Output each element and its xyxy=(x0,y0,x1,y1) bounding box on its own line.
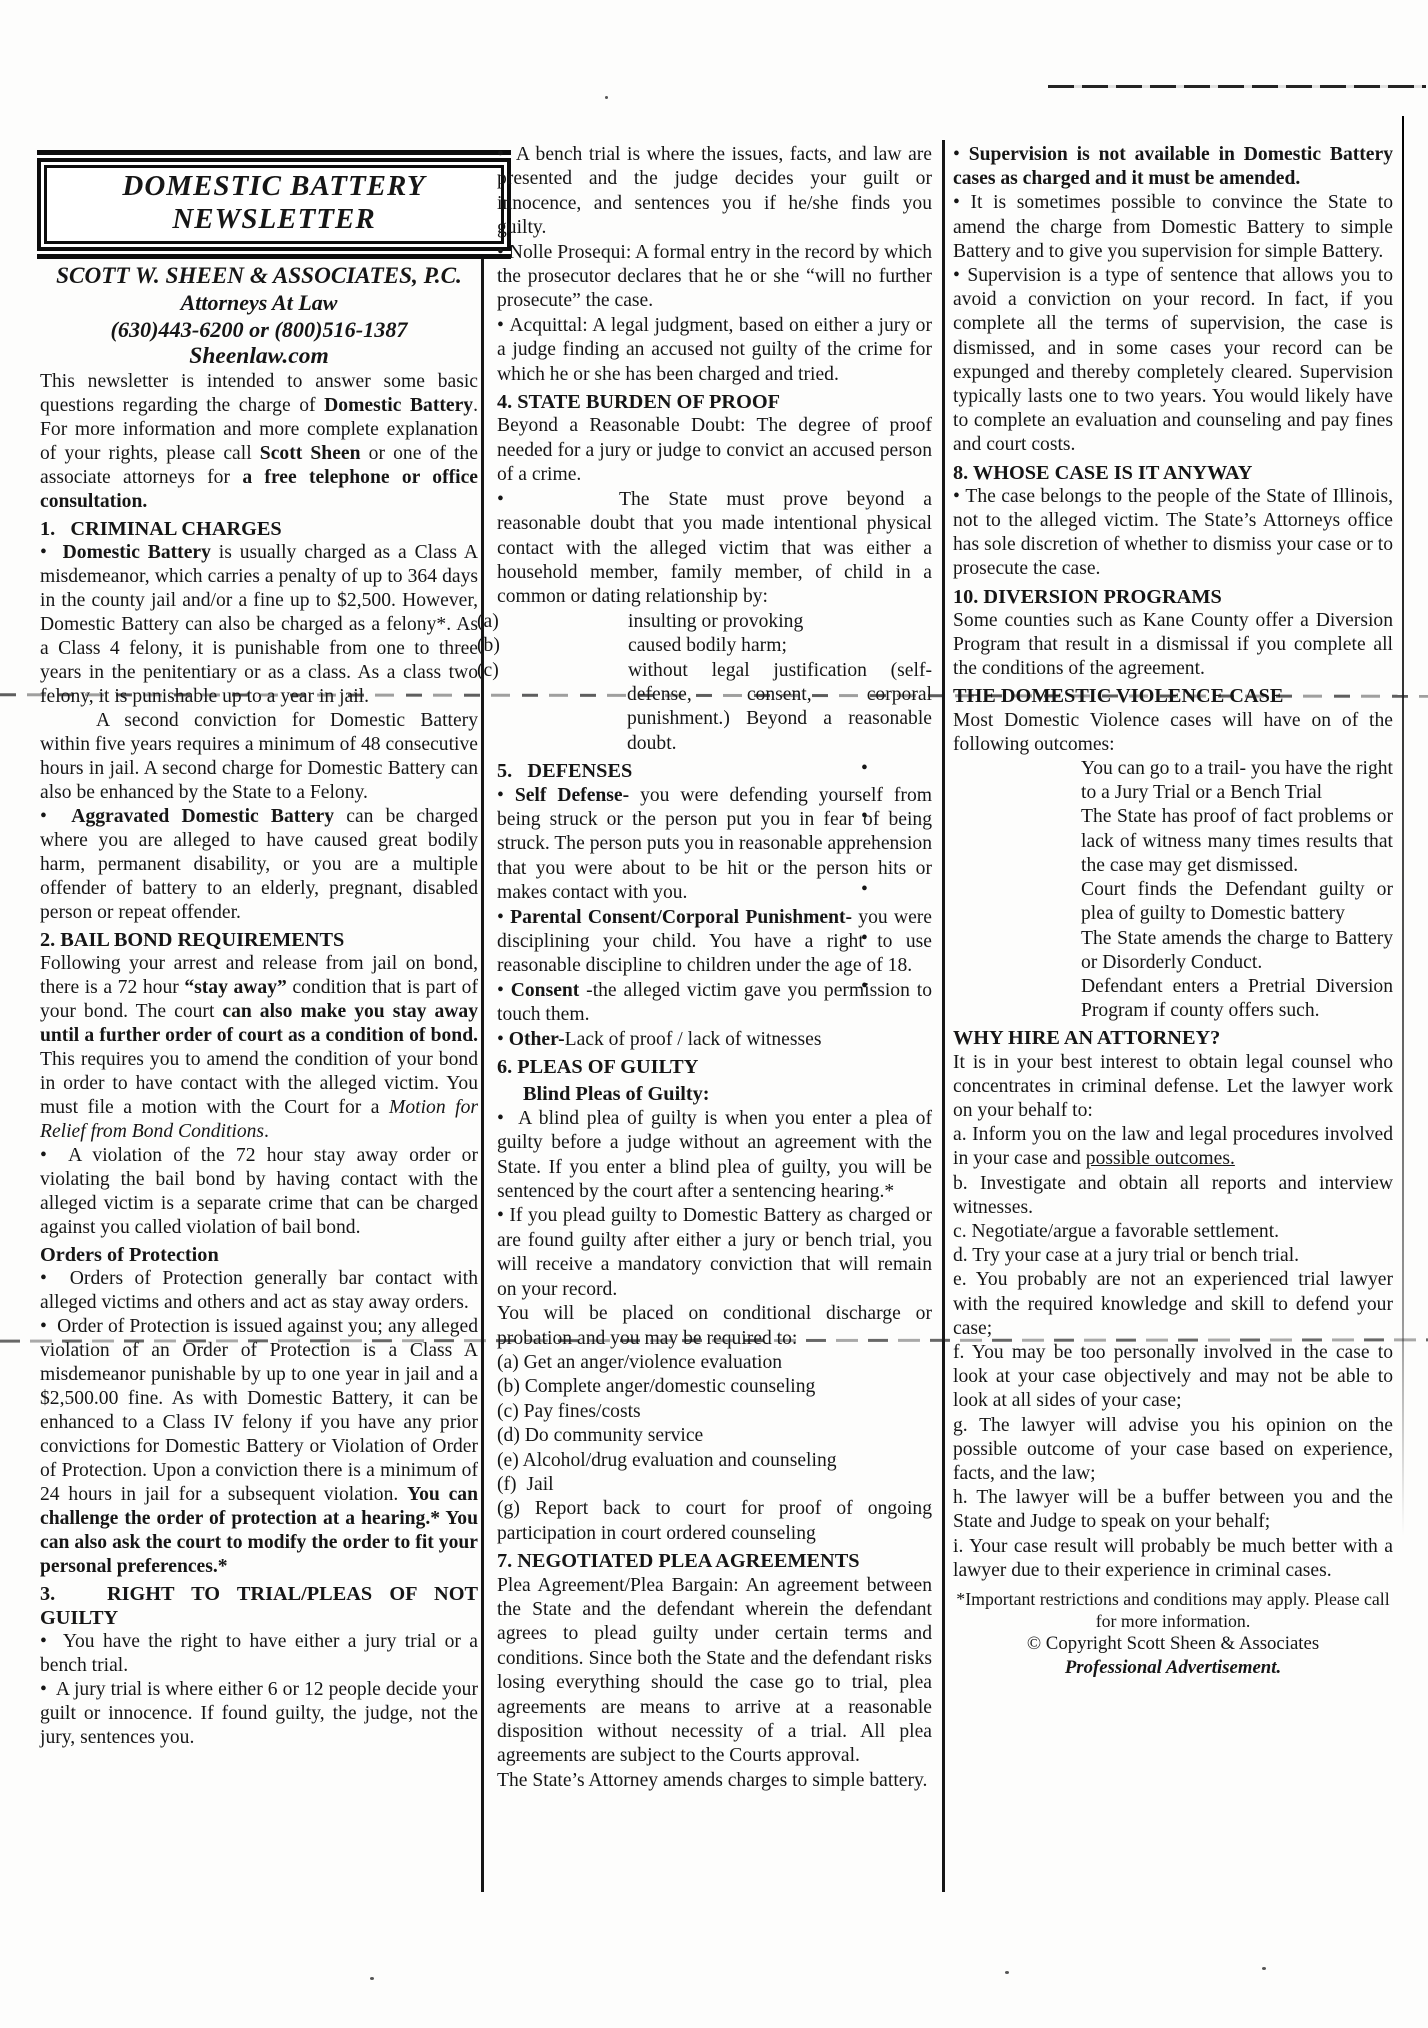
paragraph: • Domestic Battery is usually charged as… xyxy=(40,541,478,709)
text-run-emphasis: Self Defense- xyxy=(515,785,629,806)
paragraph: (g) Report back to court for proof of on… xyxy=(497,1497,932,1546)
text-run-emphasis: Consent xyxy=(511,980,580,1001)
paragraph: a. Inform you on the law and legal proce… xyxy=(953,1123,1393,1171)
text-run: (b) Complete anger/domestic counseling xyxy=(497,1376,815,1397)
firm-name: SCOTT W. SHEEN & ASSOCIATES, P.C. xyxy=(40,263,478,290)
paragraph: It is in your best interest to obtain le… xyxy=(953,1051,1393,1124)
text-run: • xyxy=(40,542,63,563)
paragraph: b. Investigate and obtain all reports an… xyxy=(953,1172,1393,1220)
text-run: Orders of Protection xyxy=(40,1244,219,1266)
paragraph: (b)caused bodily harm; xyxy=(497,634,932,658)
text-run: (g) Report back to court for proof of on… xyxy=(497,1498,932,1543)
column-left: DOMESTIC BATTERY NEWSLETTER SCOTT W. SHE… xyxy=(40,150,478,1750)
text-run: 2. BAIL BOND REQUIREMENTS xyxy=(40,929,344,951)
text-run-emphasis: “stay away” xyxy=(184,977,286,998)
text-run: • xyxy=(497,785,515,806)
text-run: It is in your best interest to obtain le… xyxy=(953,1052,1393,1121)
text-run: 5. DEFENSES xyxy=(497,760,632,782)
text-run-emphasis: • xyxy=(971,757,1081,781)
paragraph: A second conviction for Domestic Battery… xyxy=(40,709,478,805)
text-run-emphasis: • xyxy=(971,975,1081,999)
scanned-newsletter-page: { "page": {"background": "#fdfdfc", "ink… xyxy=(0,0,1428,2028)
paragraph: (d) Do community service xyxy=(497,1424,932,1448)
paragraph: • Aggravated Domestic Battery can be cha… xyxy=(40,805,478,925)
text-run: 1. CRIMINAL CHARGES xyxy=(40,518,282,540)
text-run-emphasis: (a) xyxy=(552,610,628,634)
text-run: Blind Pleas of Guilty: xyxy=(523,1083,710,1105)
paragraph: (c)without legal justification (self-def… xyxy=(497,659,932,757)
text-run-emphasis: • xyxy=(971,805,1081,829)
text-run-emphasis: • xyxy=(971,878,1081,902)
column-right: • Supervision is not available in Domest… xyxy=(953,143,1393,1680)
newsletter-title-line2: NEWSLETTER xyxy=(53,203,495,236)
text-run-emphasis: (b) xyxy=(552,634,628,658)
paragraph: g. The lawyer will advise you his opinio… xyxy=(953,1414,1393,1487)
text-run: *Important restrictions and conditions m… xyxy=(956,1589,1389,1631)
paragraph: The State’s Attorney amends charges to s… xyxy=(497,1769,932,1793)
paragraph: (c) Pay fines/costs xyxy=(497,1400,932,1424)
paragraph: c. Negotiate/argue a favorable settlemen… xyxy=(953,1220,1393,1244)
paragraph: • The case belongs to the people of the … xyxy=(953,485,1393,582)
text-run: Plea Agreement/Plea Bargain: An agreemen… xyxy=(497,1575,932,1767)
text-run: e. You probably are not an experienced t… xyxy=(953,1269,1393,1338)
text-run-emphasis: Domestic Battery xyxy=(63,542,211,563)
text-run: • xyxy=(497,1029,509,1050)
paragraph: • A violation of the 72 hour stay away o… xyxy=(40,1144,478,1240)
masthead: DOMESTIC BATTERY NEWSLETTER xyxy=(37,150,511,259)
text-run-emphasis: Supervision is not available in Domestic… xyxy=(953,144,1393,189)
text-run: Professional Advertisement. xyxy=(1065,1657,1281,1678)
paragraph: h. The lawyer will be a buffer between y… xyxy=(953,1486,1393,1534)
paragraph: • If you plead guilty to Domestic Batter… xyxy=(497,1204,932,1302)
scan-speck xyxy=(370,1977,374,1980)
paragraph: e. You probably are not an experienced t… xyxy=(953,1268,1393,1341)
intro-paragraph: This newsletter is intended to answer so… xyxy=(40,370,478,514)
text-run-emphasis: possible outcomes. xyxy=(1086,1148,1235,1169)
paragraph: • Supervision is a type of sentence that… xyxy=(953,264,1393,458)
paragraph: Some counties such as Kane County offer … xyxy=(953,609,1393,682)
text-run: (f) Jail xyxy=(497,1474,554,1495)
text-run-emphasis: Parental Consent/Corporal Punishment- xyxy=(510,907,852,928)
text-run: Lack of proof / lack of witnesses xyxy=(565,1029,822,1050)
paragraph: Plea Agreement/Plea Bargain: An agreemen… xyxy=(497,1574,932,1769)
text-run: • You have the right to have either a ju… xyxy=(40,1631,478,1676)
paragraph: •Defendant enters a Pretrial Diversion P… xyxy=(953,975,1393,1023)
paragraph: • Nolle Prosequi: A formal entry in the … xyxy=(497,241,932,314)
paragraph: • Order of Protection is issued against … xyxy=(40,1315,478,1579)
paragraph: • Supervision is not available in Domest… xyxy=(953,143,1393,191)
column-middle: • A bench trial is where the issues, fac… xyxy=(497,143,932,1793)
text-run: • xyxy=(40,806,71,827)
advertisement-line: Professional Advertisement. xyxy=(953,1656,1393,1680)
masthead-bottom-rule xyxy=(37,254,511,259)
text-run: • The case belongs to the people of the … xyxy=(953,486,1393,580)
paragraph: Most Domestic Violence cases will have o… xyxy=(953,709,1393,757)
website-url: Sheenlaw.com xyxy=(40,343,478,370)
text-run: • Orders of Protection generally bar con… xyxy=(40,1268,478,1313)
text-run: caused bodily harm; xyxy=(628,635,787,656)
section-heading-whose-case: 8. WHOSE CASE IS IT ANYWAY xyxy=(953,461,1393,485)
section-heading-diversion: 10. DIVERSION PROGRAMS xyxy=(953,585,1393,609)
text-run: Most Domestic Violence cases will have o… xyxy=(953,710,1393,755)
text-run: • Acquittal: A legal judgment, based on … xyxy=(497,315,932,385)
section-heading-criminal-charges: 1. CRIMINAL CHARGES xyxy=(40,517,478,541)
text-run-emphasis: Aggravated Domestic Battery xyxy=(71,806,334,827)
text-run: WHY HIRE AN ATTORNEY? xyxy=(953,1027,1220,1049)
text-run: • A violation of the 72 hour stay away o… xyxy=(40,1145,478,1238)
text-run: b. Investigate and obtain all reports an… xyxy=(953,1173,1393,1218)
column-divider-1 xyxy=(481,150,484,1892)
text-run: Beyond a Reasonable Doubt: The degree of… xyxy=(497,415,932,485)
scan-scratch-line xyxy=(1048,85,1426,88)
text-run: • xyxy=(953,144,969,165)
masthead-top-rule xyxy=(37,150,511,155)
text-run: The State has proof of fact problems or … xyxy=(1081,806,1393,875)
text-run: 4. STATE BURDEN OF PROOF xyxy=(497,391,780,413)
text-run: • A blind plea of guilty is when you ent… xyxy=(497,1108,932,1202)
text-run-emphasis: • xyxy=(497,488,619,512)
text-run: Defendant enters a Pretrial Diversion Pr… xyxy=(1081,976,1393,1021)
text-run: f. You may be too personally involved in… xyxy=(953,1342,1393,1411)
text-run: 8. WHOSE CASE IS IT ANYWAY xyxy=(953,462,1252,484)
text-run: • A bench trial is where the issues, fac… xyxy=(497,144,932,238)
text-run: • Order of Protection is issued against … xyxy=(40,1316,478,1505)
copyright-line: © Copyright Scott Sheen & Associates xyxy=(953,1632,1393,1656)
text-run: © Copyright Scott Sheen & Associates xyxy=(1027,1633,1319,1654)
text-run-emphasis: Domestic Battery xyxy=(324,395,473,416)
text-run-emphasis: • xyxy=(971,927,1081,951)
paragraph: • You have the right to have either a ju… xyxy=(40,1630,478,1678)
paragraph: (e) Alcohol/drug evaluation and counseli… xyxy=(497,1449,932,1473)
paragraph: •The State has proof of fact problems or… xyxy=(953,805,1393,878)
section-heading-right-to-trial: 3. RIGHT TO TRIAL/PLEAS OF NOT GUILTY xyxy=(40,1582,478,1630)
paragraph: Following your arrest and release from j… xyxy=(40,952,478,1144)
text-run: is usually charged as a Class A misdemea… xyxy=(40,542,478,707)
text-run: 10. DIVERSION PROGRAMS xyxy=(953,586,1222,608)
subheading-blind-pleas: Blind Pleas of Guilty: xyxy=(523,1082,932,1106)
paragraph: • A jury trial is where either 6 or 12 p… xyxy=(40,1678,478,1750)
paragraph: •The State amends the charge to Battery … xyxy=(953,927,1393,975)
text-run-emphasis: (c) xyxy=(552,659,628,683)
text-run: (c) Pay fines/costs xyxy=(497,1401,641,1422)
text-run: . xyxy=(264,1121,269,1142)
column-divider-2 xyxy=(942,140,945,1892)
newsletter-title-line1: DOMESTIC BATTERY xyxy=(53,170,495,203)
paragraph: (f) Jail xyxy=(497,1473,932,1497)
masthead-title-box: DOMESTIC BATTERY NEWSLETTER xyxy=(37,158,511,251)
text-run: • It is sometimes possible to convince t… xyxy=(953,192,1393,261)
text-run: • A jury trial is where either 6 or 12 p… xyxy=(40,1679,478,1748)
text-run: (a) Get an anger/violence evaluation xyxy=(497,1352,782,1373)
text-run: • Supervision is a type of sentence that… xyxy=(953,265,1393,455)
text-run: g. The lawyer will advise you his opinio… xyxy=(953,1415,1393,1484)
section-heading-bail-bond: 2. BAIL BOND REQUIREMENTS xyxy=(40,928,478,952)
text-run: • xyxy=(497,980,511,1001)
paragraph: •You can go to a trail- you have the rig… xyxy=(953,757,1393,805)
paragraph: •The State must prove beyond a reasonabl… xyxy=(497,488,932,610)
paragraph: • Acquittal: A legal judgment, based on … xyxy=(497,314,932,387)
text-run: • If you plead guilty to Domestic Batter… xyxy=(497,1205,932,1299)
text-run: insulting or provoking xyxy=(628,611,803,632)
paragraph: • It is sometimes possible to convince t… xyxy=(953,191,1393,264)
paragraph: (a)insulting or provoking xyxy=(497,610,932,634)
text-run: c. Negotiate/argue a favorable settlemen… xyxy=(953,1221,1279,1242)
paragraph: • Orders of Protection generally bar con… xyxy=(40,1267,478,1315)
paragraph: i. Your case result will probably be muc… xyxy=(953,1535,1393,1583)
section-heading-why-hire: WHY HIRE AN ATTORNEY? xyxy=(953,1026,1393,1050)
text-run: Some counties such as Kane County offer … xyxy=(953,610,1393,679)
section-heading-burden-of-proof: 4. STATE BURDEN OF PROOF xyxy=(497,390,932,414)
text-run: 6. PLEAS OF GUILTY xyxy=(497,1056,698,1078)
phone-numbers: (630)443-6200 or (800)516-1387 xyxy=(40,316,478,343)
text-run: without legal justification (self-defens… xyxy=(627,660,932,754)
paragraph: • Other-Lack of proof / lack of witnesse… xyxy=(497,1028,932,1052)
text-run: The State amends the charge to Battery o… xyxy=(1081,928,1393,973)
section-heading-negotiated-pleas: 7. NEGOTIATED PLEA AGREEMENTS xyxy=(497,1549,932,1573)
text-run: A second conviction for Domestic Battery… xyxy=(40,710,478,803)
text-run: • Nolle Prosequi: A formal entry in the … xyxy=(497,242,932,312)
text-run: 3. RIGHT TO TRIAL/PLEAS OF NOT GUILTY xyxy=(40,1583,478,1629)
paragraph: •Court finds the Defendant guilty or ple… xyxy=(953,878,1393,926)
paragraph: (b) Complete anger/domestic counseling xyxy=(497,1375,932,1399)
scan-speck xyxy=(1005,1971,1009,1974)
paragraph: d. Try your case at a jury trial or benc… xyxy=(953,1244,1393,1268)
paragraph: • A blind plea of guilty is when you ent… xyxy=(497,1107,932,1205)
text-run: (e) Alcohol/drug evaluation and counseli… xyxy=(497,1450,837,1471)
masthead-title-box-inner: DOMESTIC BATTERY NEWSLETTER xyxy=(44,165,504,244)
paragraph: (a) Get an anger/violence evaluation xyxy=(497,1351,932,1375)
text-run: • xyxy=(497,907,510,928)
fine-print: *Important restrictions and conditions m… xyxy=(953,1588,1393,1632)
scan-speck xyxy=(605,96,608,99)
text-run: (d) Do community service xyxy=(497,1425,703,1446)
firm-tagline: Attorneys At Law xyxy=(40,290,478,316)
text-run: You can go to a trail- you have the righ… xyxy=(1081,758,1393,803)
scan-speck xyxy=(1262,1967,1266,1970)
paragraph: Beyond a Reasonable Doubt: The degree of… xyxy=(497,414,932,487)
paragraph: f. You may be too personally involved in… xyxy=(953,1341,1393,1414)
paragraph: • A bench trial is where the issues, fac… xyxy=(497,143,932,241)
page-right-edge-line xyxy=(1402,116,1404,1536)
text-run: Court finds the Defendant guilty or plea… xyxy=(1081,879,1393,924)
text-run: h. The lawyer will be a buffer between y… xyxy=(953,1487,1393,1532)
text-run: i. Your case result will probably be muc… xyxy=(953,1536,1393,1581)
text-run-emphasis: Scott Sheen xyxy=(260,443,361,464)
section-heading-pleas-of-guilty: 6. PLEAS OF GUILTY xyxy=(497,1055,932,1079)
text-run: The State’s Attorney amends charges to s… xyxy=(497,1770,927,1791)
text-run-emphasis: Other- xyxy=(509,1029,565,1050)
paragraph: You will be placed on conditional discha… xyxy=(497,1302,932,1351)
section-heading-orders-of-protection: Orders of Protection xyxy=(40,1243,478,1267)
text-run: 7. NEGOTIATED PLEA AGREEMENTS xyxy=(497,1550,860,1572)
text-run: d. Try your case at a jury trial or benc… xyxy=(953,1245,1299,1266)
